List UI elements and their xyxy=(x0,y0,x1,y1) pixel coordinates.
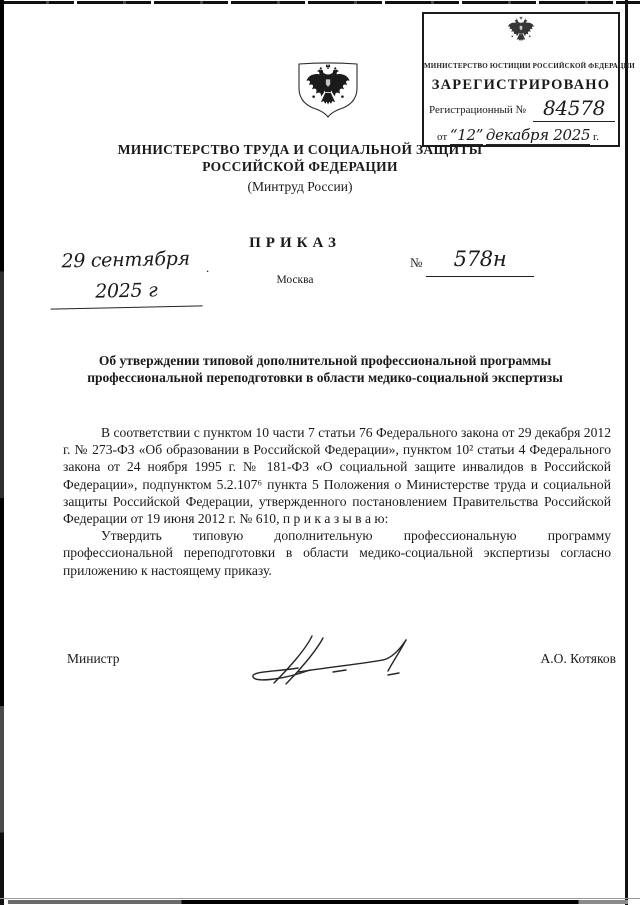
order-body-paragraph-1: В соответствии с пунктом 10 части 7 стат… xyxy=(63,424,611,527)
scan-border-bottom xyxy=(8,900,628,904)
minister-signature xyxy=(240,627,420,687)
scan-border-right xyxy=(625,0,628,905)
justice-registration-stamp: МИНИСТЕРСТВО ЮСТИЦИИ РОССИЙСКОЙ ФЕДЕРАЦИ… xyxy=(422,12,620,147)
ministry-header: МИНИСТЕРСТВО ТРУДА И СОЦИАЛЬНОЙ ЗАЩИТЫ Р… xyxy=(80,141,520,195)
coat-of-arms-icon xyxy=(296,61,360,119)
order-title: Об утверждении типовой дополнительной пр… xyxy=(55,353,595,386)
scan-border-top xyxy=(0,1,640,4)
order-number-sign: № xyxy=(410,255,422,271)
order-body-paragraph-2: Утвердить типовую дополнительную професс… xyxy=(63,527,611,579)
stamp-reg-number-label: Регистрационный № xyxy=(429,104,526,116)
ministry-name-line1: МИНИСТЕРСТВО ТРУДА И СОЦИАЛЬНОЙ ЗАЩИТЫ xyxy=(80,141,520,158)
stamp-ministry-label: МИНИСТЕРСТВО ЮСТИЦИИ РОССИЙСКОЙ ФЕДЕРАЦИ… xyxy=(424,62,618,70)
order-body: В соответствии с пунктом 10 части 7 стат… xyxy=(63,424,611,579)
stamp-registered-label: ЗАРЕГИСТРИРОВАНО xyxy=(424,77,618,94)
stamp-registration-number-row: Регистрационный № 84578 xyxy=(429,104,615,116)
ministry-short-name: (Минтруд России) xyxy=(80,178,520,195)
stamp-date-suffix: г. xyxy=(593,131,599,143)
order-city: Москва xyxy=(0,274,590,286)
ministry-name-line2: РОССИЙСКОЙ ФЕДЕРАЦИИ xyxy=(80,158,520,175)
signature-name: А.О. Котяков xyxy=(480,651,616,667)
scan-border-left xyxy=(0,0,4,905)
stamp-reg-number-value: 84578 xyxy=(533,95,615,122)
order-title-line2: профессиональной переподготовки в област… xyxy=(55,370,595,387)
signature-position-label: Министр xyxy=(67,651,119,667)
order-document-page: МИНИСТЕРСТВО ЮСТИЦИИ РОССИЙСКОЙ ФЕДЕРАЦИ… xyxy=(0,0,640,905)
stamp-eagle-icon xyxy=(507,16,535,47)
scan-border-bottom-thin xyxy=(0,898,640,899)
order-number-value: 578н xyxy=(426,243,534,277)
order-title-line1: Об утверждении типовой дополнительной пр… xyxy=(55,353,595,370)
